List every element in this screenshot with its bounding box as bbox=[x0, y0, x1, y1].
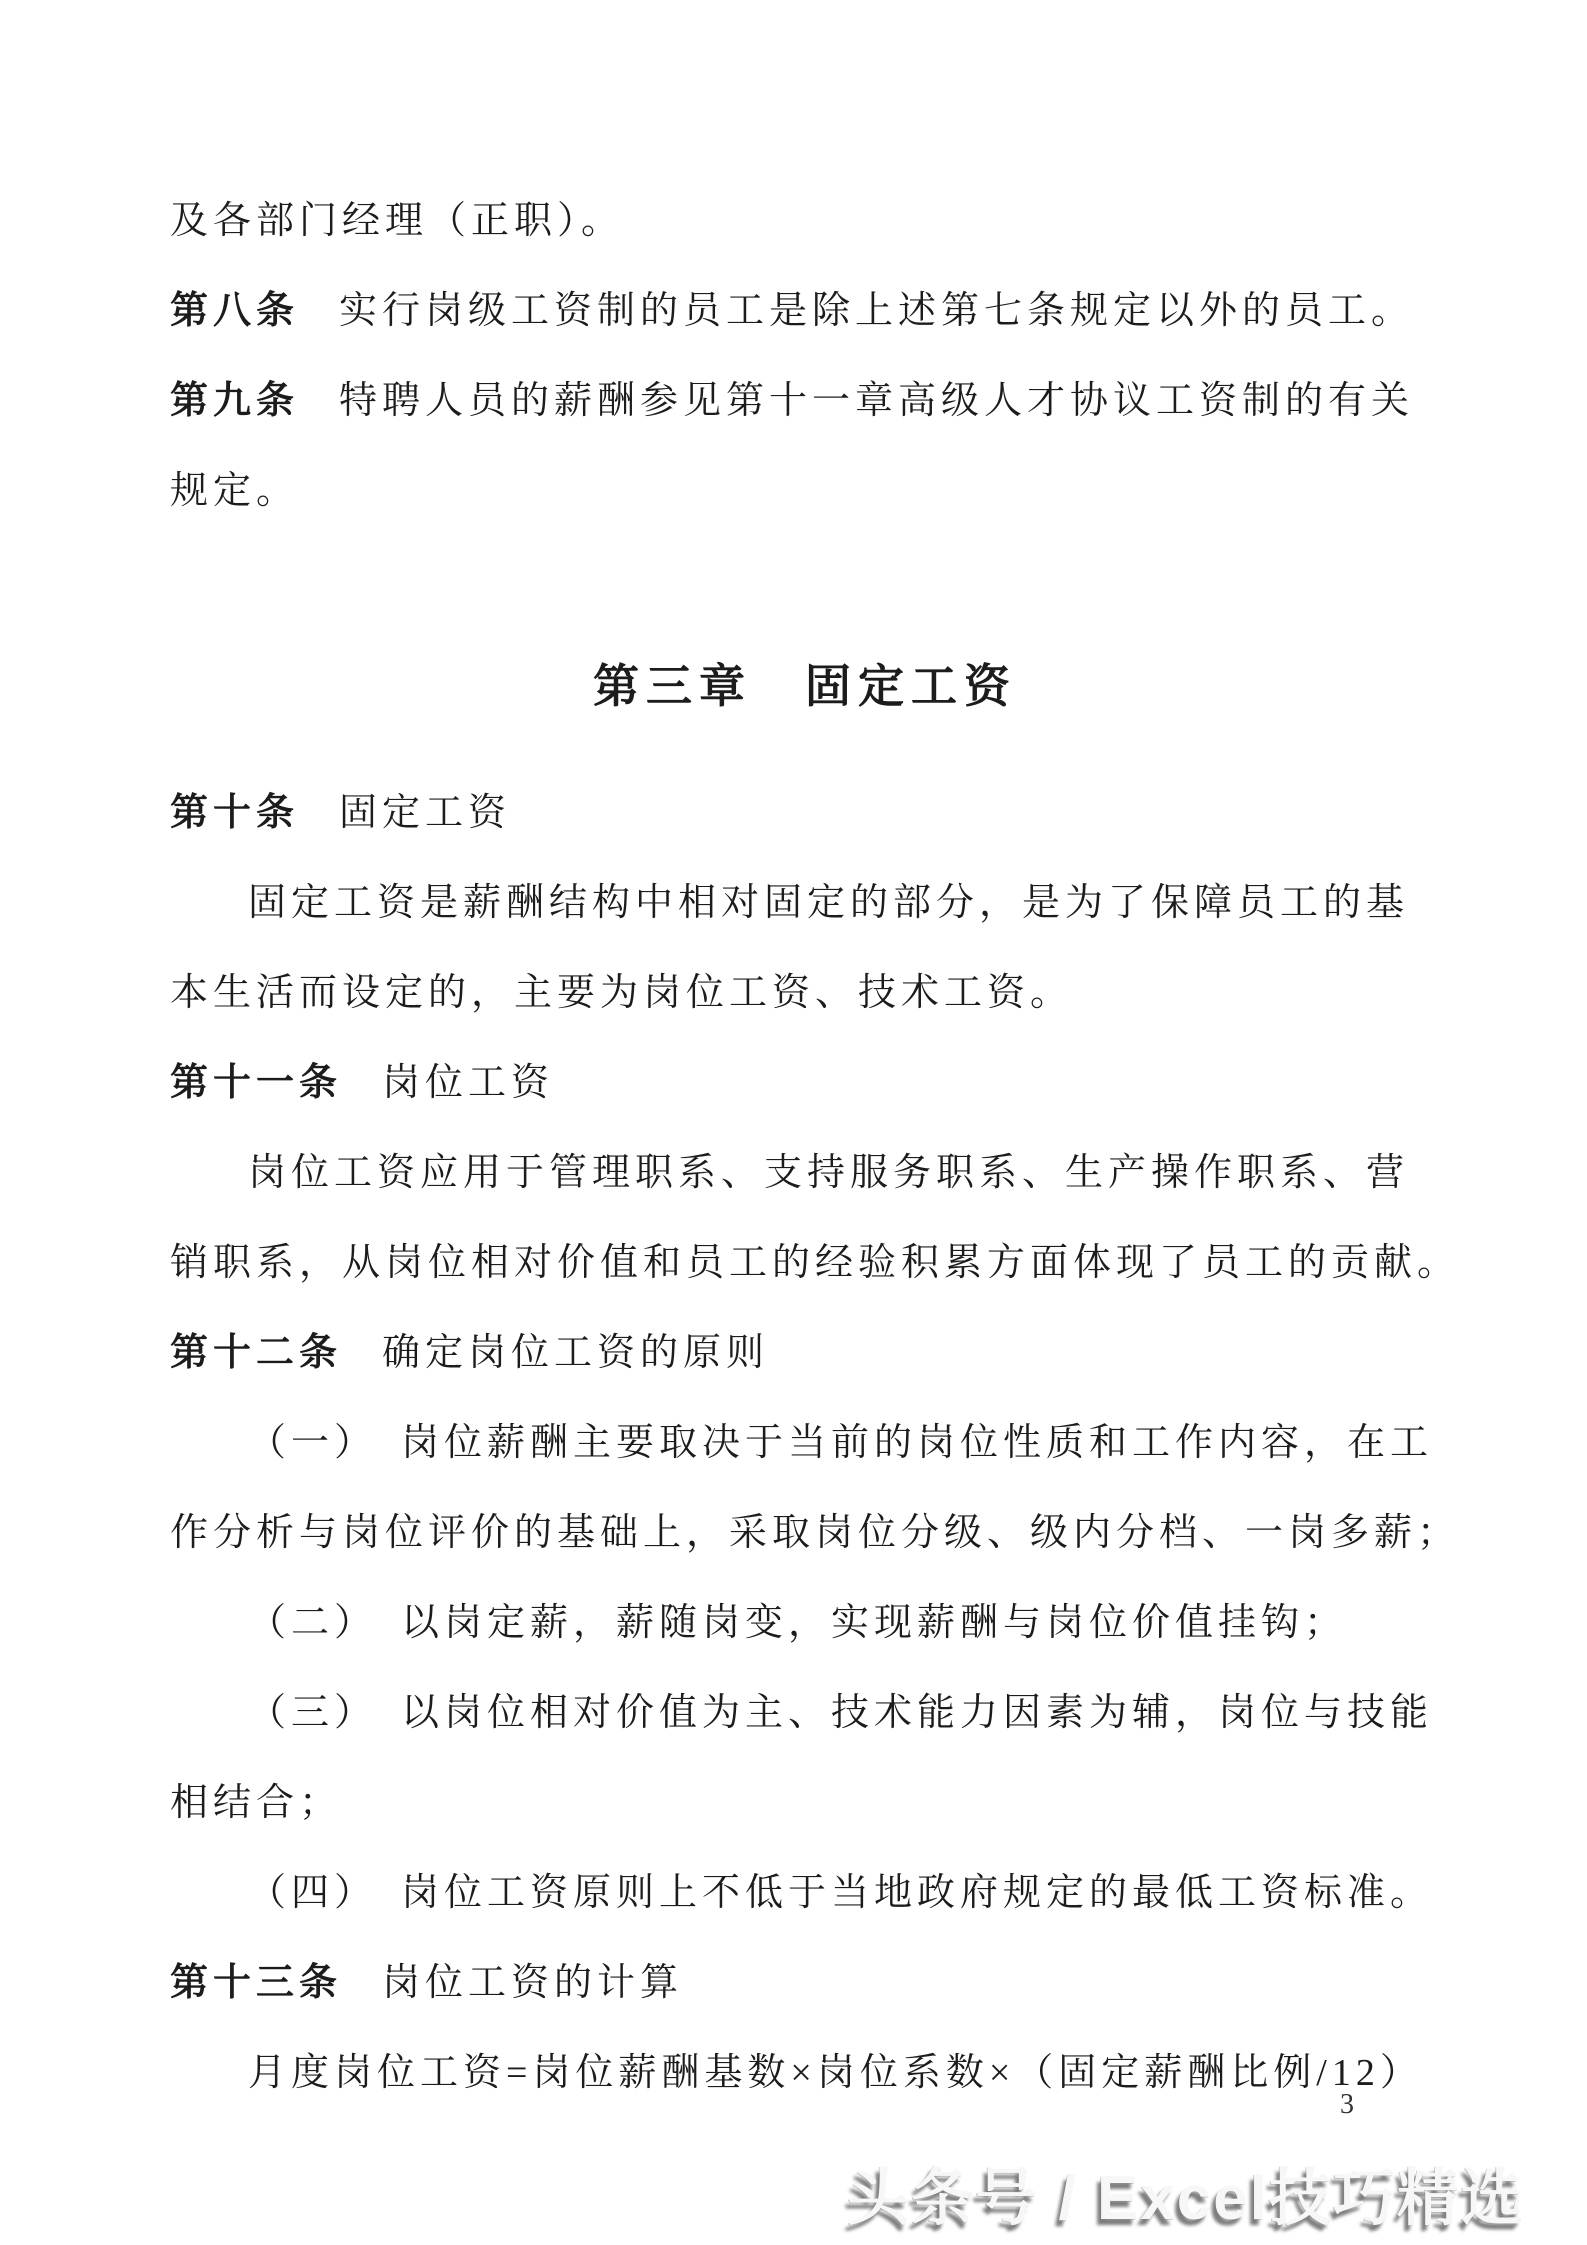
article-number: 第十三条 bbox=[170, 1962, 382, 2004]
document-line: 岗位工资应用于管理职系、支持服务职系、生产操作职系、营 bbox=[170, 1128, 1440, 1218]
line-text: 固定工资是薪酬结构中相对固定的部分，是为了保障员工的基 bbox=[248, 882, 1409, 924]
line-text: （一） 岗位薪酬主要取决于当前的岗位性质和工作内容，在工 bbox=[248, 1422, 1433, 1464]
line-text: 实行岗级工资制的员工是除上述第七条规定以外的员工。 bbox=[339, 290, 1414, 332]
document-line: （四） 岗位工资原则上不低于当地政府规定的最低工资标准。 bbox=[170, 1848, 1440, 1938]
article-number: 第九条 bbox=[170, 380, 339, 422]
article-number: 第十条 bbox=[170, 792, 339, 834]
line-text: 及各部门经理（正职）。 bbox=[170, 200, 624, 242]
document-line: 相结合； bbox=[170, 1758, 1440, 1848]
line-text: （三） 以岗位相对价值为主、技术能力因素为辅，岗位与技能 bbox=[248, 1692, 1433, 1734]
document-body: 及各部门经理（正职）。第八条实行岗级工资制的员工是除上述第七条规定以外的员工。第… bbox=[170, 176, 1440, 2118]
document-line: 第十一条岗位工资 bbox=[170, 1038, 1440, 1128]
line-text: 确定岗位工资的原则 bbox=[382, 1332, 769, 1374]
line-text: （四） 岗位工资原则上不低于当地政府规定的最低工资标准。 bbox=[248, 1872, 1433, 1914]
document-line: （三） 以岗位相对价值为主、技术能力因素为辅，岗位与技能 bbox=[170, 1668, 1440, 1758]
document-line: 第九条特聘人员的薪酬参见第十一章高级人才协议工资制的有关 bbox=[170, 356, 1440, 446]
document-line: 作分析与岗位评价的基础上，采取岗位分级、级内分档、一岗多薪； bbox=[170, 1488, 1440, 1578]
watermark-text: 头条号 / Excel技巧精选 bbox=[847, 2148, 1525, 2237]
line-text: 规定。 bbox=[170, 470, 299, 512]
line-text: 本生活而设定的，主要为岗位工资、技术工资。 bbox=[170, 972, 1073, 1014]
article-number: 第十二条 bbox=[170, 1332, 382, 1374]
line-text: 岗位工资的计算 bbox=[382, 1962, 683, 2004]
line-text: 月度岗位工资=岗位薪酬基数×岗位系数×（固定薪酬比例/12） bbox=[248, 2052, 1423, 2094]
document-line: 月度岗位工资=岗位薪酬基数×岗位系数×（固定薪酬比例/12） bbox=[170, 2028, 1440, 2118]
document-line: （一） 岗位薪酬主要取决于当前的岗位性质和工作内容，在工 bbox=[170, 1398, 1440, 1488]
document-line: 第三章 固定工资 bbox=[170, 632, 1440, 742]
document-line: 第八条实行岗级工资制的员工是除上述第七条规定以外的员工。 bbox=[170, 266, 1440, 356]
document-line: 规定。 bbox=[170, 446, 1440, 536]
article-number: 第八条 bbox=[170, 290, 339, 332]
document-line: 及各部门经理（正职）。 bbox=[170, 176, 1440, 266]
line-text: 销职系，从岗位相对价值和员工的经验积累方面体现了员工的贡献。 bbox=[170, 1242, 1460, 1284]
line-text: 相结合； bbox=[170, 1782, 342, 1824]
line-text: 作分析与岗位评价的基础上，采取岗位分级、级内分档、一岗多薪； bbox=[170, 1512, 1460, 1554]
line-text: （二） 以岗定薪，薪随岗变，实现薪酬与岗位价值挂钩； bbox=[248, 1602, 1347, 1644]
document-line: 第十二条确定岗位工资的原则 bbox=[170, 1308, 1440, 1398]
line-text: 特聘人员的薪酬参见第十一章高级人才协议工资制的有关 bbox=[339, 380, 1414, 422]
document-line: 销职系，从岗位相对价值和员工的经验积累方面体现了员工的贡献。 bbox=[170, 1218, 1440, 1308]
line-text: 岗位工资 bbox=[382, 1062, 554, 1104]
article-number: 第十一条 bbox=[170, 1062, 382, 1104]
page-number: 3 bbox=[1340, 2088, 1354, 2122]
line-text: 固定工资 bbox=[339, 792, 511, 834]
line-text: 第三章 固定工资 bbox=[593, 661, 1017, 712]
document-line: 第十三条岗位工资的计算 bbox=[170, 1938, 1440, 2028]
document-page: 及各部门经理（正职）。第八条实行岗级工资制的员工是除上述第七条规定以外的员工。第… bbox=[0, 0, 1587, 2245]
line-text: 岗位工资应用于管理职系、支持服务职系、生产操作职系、营 bbox=[248, 1152, 1409, 1194]
document-line: （二） 以岗定薪，薪随岗变，实现薪酬与岗位价值挂钩； bbox=[170, 1578, 1440, 1668]
document-line: 固定工资是薪酬结构中相对固定的部分，是为了保障员工的基 bbox=[170, 858, 1440, 948]
document-line: 第十条固定工资 bbox=[170, 768, 1440, 858]
document-line: 本生活而设定的，主要为岗位工资、技术工资。 bbox=[170, 948, 1440, 1038]
